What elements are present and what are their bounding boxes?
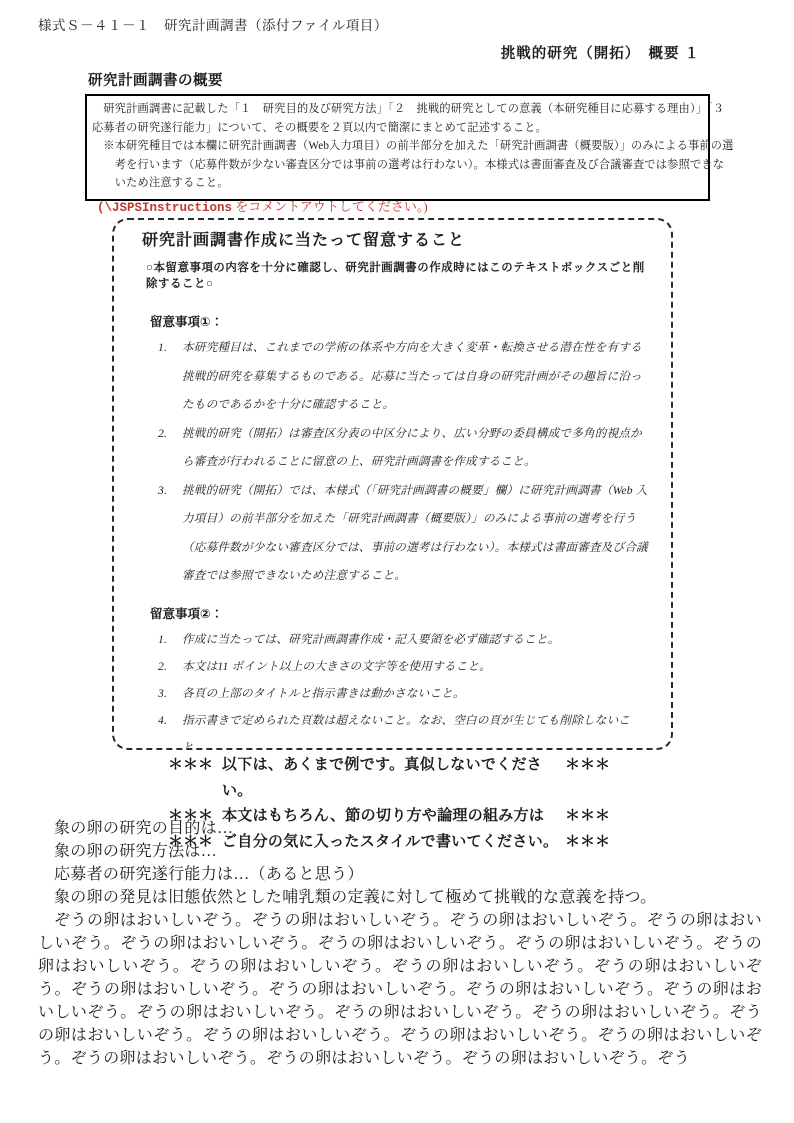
latex-comment-note: (\JSPSInstructions をコメントアウトしてください。): [97, 196, 428, 215]
overview-instruction-line: 応募者の研究遂行能力」について、その概要を２頁以内で簡潔にまとめて記述すること。: [92, 119, 703, 138]
form-code-title: 様式Ｓ－４１－１ 研究計画調書（添付ファイル項目）: [38, 14, 388, 34]
notice-section1-list: 本研究種目は、これまでの学術の体系や方向を大きく変革・転換させる潜在性を有する挑…: [142, 334, 653, 591]
overview-instruction-line: ※本研究種目では本欄に研究計画調書（Web入力項目）の前半部分を加えた「研究計画…: [92, 137, 703, 156]
overview-instruction-box: 研究計画調書に記載した「１ 研究目的及び研究方法」「２ 挑戦的研究としての意義（…: [85, 94, 710, 201]
notice-section2-item: 本文は11 ポイント以上の大きさの文字等を使用すること。: [156, 653, 653, 680]
notice-section2-label: 留意事項②：: [150, 604, 653, 622]
asterisks-right: ＊＊＊: [565, 752, 610, 803]
body-intro-line: 象の卵の発見は旧態依然とした哺乳類の定義に対して極めて挑戦的な意義を持つ。: [38, 886, 762, 909]
document-page: 様式Ｓ－４１－１ 研究計画調書（添付ファイル項目） 挑戦的研究（開拓） 概要 １…: [0, 0, 794, 1123]
notice-delete-note-top: ○本留意事項の内容を十分に確認し、研究計画調書の作成時にはこのテキストボックスご…: [146, 259, 653, 291]
overview-instruction-line: 研究計画調書に記載した「１ 研究目的及び研究方法」「２ 挑戦的研究としての意義（…: [92, 100, 703, 119]
body-intro-line: 象の卵の研究の目的は…: [38, 817, 762, 840]
notice-textbox: 研究計画調書作成に当たって留意すること ○本留意事項の内容を十分に確認し、研究計…: [112, 218, 673, 750]
document-header-title: 挑戦的研究（開拓） 概要 １: [501, 42, 700, 63]
overview-section-heading: 研究計画調書の概要: [88, 69, 223, 90]
notice-section1-item: 本研究種目は、これまでの学術の体系や方向を大きく変革・転換させる潜在性を有する挑…: [156, 334, 653, 420]
notice-title: 研究計画調書作成に当たって留意すること: [142, 227, 653, 250]
latex-command-text: (\JSPSInstructions: [97, 201, 232, 215]
notice-section1-label: 留意事項①：: [150, 312, 653, 330]
notice-section2-item: 作成に当たっては、研究計画調書作成・記入要領を必ず確認すること。: [156, 626, 653, 653]
example-disclaimer-row: ＊＊＊ 以下は、あくまで例です。真似しないでください。 ＊＊＊: [168, 752, 688, 803]
overview-instruction-line: 考を行います（応募件数が少ない審査区分では事前の選考は行わない）。本様式は書面審…: [92, 156, 703, 175]
body-intro-line: 応募者の研究遂行能力は…（あると思う）: [38, 863, 762, 886]
latex-comment-text: をコメントアウトしてください。): [232, 199, 428, 214]
body-repeated-paragraph: ぞうの卵はおいしいぞう。ぞうの卵はおいしいぞう。ぞうの卵はおいしいぞう。ぞうの卵…: [38, 909, 762, 1070]
body-intro-line: 象の卵の研究方法は…: [38, 840, 762, 863]
notice-section2-item: 各頁の上部のタイトルと指示書きは動かさないこと。: [156, 680, 653, 707]
example-disclaimer-text: 以下は、あくまで例です。真似しないでください。: [222, 752, 565, 803]
notice-section1-item: 挑戦的研究（開拓）では、本様式（「研究計画調書の概要」欄）に研究計画調書（Web…: [156, 477, 653, 591]
notice-section2-list: 作成に当たっては、研究計画調書作成・記入要領を必ず確認すること。本文は11 ポイ…: [142, 626, 653, 751]
asterisks-left: ＊＊＊: [168, 752, 222, 803]
notice-section2-item: 指示書きで定められた頁数は超えないこと。なお、空白の頁が生じても削除しないこと。: [156, 707, 653, 751]
example-body-text: 象の卵の研究の目的は…象の卵の研究方法は…応募者の研究遂行能力は…（あると思う）…: [38, 817, 762, 1070]
body-intro-lines: 象の卵の研究の目的は…象の卵の研究方法は…応募者の研究遂行能力は…（あると思う）…: [38, 817, 762, 909]
notice-section1-item: 挑戦的研究（開拓）は審査区分表の中区分により、広い分野の委員構成で多角的視点から…: [156, 420, 653, 477]
overview-instruction-line: いため注意すること。: [92, 174, 703, 193]
